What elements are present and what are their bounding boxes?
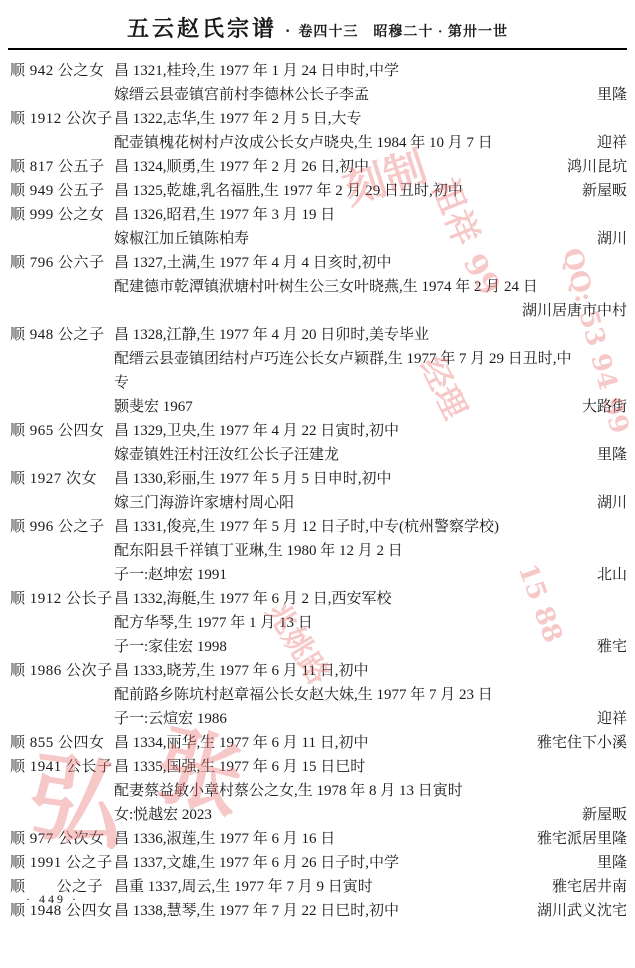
entry-location: 鸿川昆坑 bbox=[567, 155, 627, 179]
page-title: 五云赵氏宗谱 bbox=[127, 16, 277, 41]
entries-list: 顺 942 公之女昌 1321,桂玲,生 1977 年 1 月 24 日申时,中… bbox=[0, 50, 635, 923]
entry-line: 配建德市乾潭镇洑塘村叶树生公三女叶晓燕,生 1974 年 2 月 24 日 bbox=[114, 275, 627, 299]
entry-label: 顺 1912 公长子 bbox=[10, 587, 114, 611]
entry-content: 昌 1324,顺勇,生 1977 年 2 月 26 日,初中鸿川昆坑 bbox=[114, 155, 627, 179]
entry-line: 子一:赵坤宏 1991北山 bbox=[114, 563, 627, 587]
entry-text: 昌 1327,土满,生 1977 年 4 月 4 日亥时,初中 bbox=[114, 251, 392, 275]
entry-label: 顺 1991 公之子 bbox=[10, 851, 114, 875]
entry-label: 顺 1941 公长子 bbox=[10, 755, 114, 779]
entry-line: 昌 1331,俊亮,生 1977 年 5 月 12 日子时,中专(杭州警察学校) bbox=[114, 515, 627, 539]
entry-label: 顺 1927 次女 bbox=[10, 467, 114, 491]
genealogy-entry: 顺 999 公之女昌 1326,昭君,生 1977 年 3 月 19 日嫁椒江加… bbox=[10, 203, 627, 251]
entry-line: 嫁三门海游许家塘村周心阳湖川 bbox=[114, 491, 627, 515]
entry-content: 昌 1327,土满,生 1977 年 4 月 4 日亥时,初中配建德市乾潭镇洑塘… bbox=[114, 251, 627, 323]
entry-text: 昌 1326,昭君,生 1977 年 3 月 19 日 bbox=[114, 203, 335, 227]
entry-content: 昌重 1337,周云,生 1977 年 7 月 9 日寅时雅宅居井南 bbox=[114, 875, 627, 899]
genealogy-entry: 顺 1941 公长子昌 1335,国强,生 1977 年 6 月 15 日巳时配… bbox=[10, 755, 627, 827]
entry-content: 昌 1332,海艇,生 1977 年 6 月 2 日,西安军校配方华琴,生 19… bbox=[114, 587, 627, 659]
entry-text: 女:悦越宏 2023 bbox=[114, 803, 212, 827]
entry-text: 昌 1324,顺勇,生 1977 年 2 月 26 日,初中 bbox=[114, 155, 369, 179]
entry-line: 配方华琴,生 1977 年 1 月 13 日 bbox=[114, 611, 627, 635]
entry-text: 颢斐宏 1967 bbox=[114, 395, 193, 419]
entry-text: 嫁三门海游许家塘村周心阳 bbox=[114, 491, 294, 515]
entry-location: 雅宅居井南 bbox=[552, 875, 627, 899]
entry-text: 昌 1328,江静,生 1977 年 4 月 20 日卯时,美专毕业 bbox=[114, 323, 429, 347]
genealogy-entry: 顺 948 公之子昌 1328,江静,生 1977 年 4 月 20 日卯时,美… bbox=[10, 323, 627, 419]
genealogy-entry: 顺 949 公五子昌 1325,乾雄,乳名福胜,生 1977 年 2 月 29 … bbox=[10, 179, 627, 203]
entry-text: 昌 1330,彩丽,生 1977 年 5 月 5 日申时,初中 bbox=[114, 467, 392, 491]
entry-label: 顺 1986 公次子 bbox=[10, 659, 114, 683]
genealogy-entry: 顺 公之子昌重 1337,周云,生 1977 年 7 月 9 日寅时雅宅居井南 bbox=[10, 875, 627, 899]
entry-content: 昌 1334,丽华,生 1977 年 6 月 11 日,初中雅宅住下小溪 bbox=[114, 731, 627, 755]
entry-label: 顺 948 公之子 bbox=[10, 323, 114, 347]
title-separator-dot: · bbox=[285, 23, 290, 40]
page-header: 五云赵氏宗谱 · 卷四十三 昭穆二十 · 第卅一世 bbox=[0, 0, 635, 43]
entry-location: 湖川武义沈宅 bbox=[537, 899, 627, 923]
entry-line: 昌 1333,晓芳,生 1977 年 6 月 11 日,初中 bbox=[114, 659, 627, 683]
genealogy-entry: 顺 817 公五子昌 1324,顺勇,生 1977 年 2 月 26 日,初中鸿… bbox=[10, 155, 627, 179]
entry-location: 新屋畈 bbox=[582, 803, 627, 827]
entry-label: 顺 999 公之女 bbox=[10, 203, 114, 227]
genealogy-entry: 顺 1986 公次子昌 1333,晓芳,生 1977 年 6 月 11 日,初中… bbox=[10, 659, 627, 731]
entry-line: 昌 1322,志华,生 1977 年 2 月 5 日,大专 bbox=[114, 107, 627, 131]
entry-content: 昌 1337,文雄,生 1977 年 6 月 26 日子时,中学里隆 bbox=[114, 851, 627, 875]
genealogy-entry: 顺 855 公四女昌 1334,丽华,生 1977 年 6 月 11 日,初中雅… bbox=[10, 731, 627, 755]
entry-label: 顺 1912 公次子 bbox=[10, 107, 114, 131]
entry-label: 顺 817 公五子 bbox=[10, 155, 114, 179]
entry-line: 配缙云县壶镇团结村卢巧连公长女卢颖群,生 1977 年 7 月 29 日丑时,中 bbox=[114, 347, 627, 371]
entry-content: 昌 1338,慧琴,生 1977 年 7 月 22 日巳时,初中湖川武义沈宅 bbox=[114, 899, 627, 923]
entry-text: 昌 1338,慧琴,生 1977 年 7 月 22 日巳时,初中 bbox=[114, 899, 399, 923]
entry-text: 子一:云煊宏 1986 bbox=[114, 707, 227, 731]
entry-text: 昌 1321,桂玲,生 1977 年 1 月 24 日申时,中学 bbox=[114, 59, 399, 83]
page-subtitle: 卷四十三 昭穆二十 · 第卅一世 bbox=[298, 25, 508, 40]
entry-line: 昌 1328,江静,生 1977 年 4 月 20 日卯时,美专毕业 bbox=[114, 323, 627, 347]
entry-line: 嫁缙云县壶镇宫前村李德林公长子李孟里隆 bbox=[114, 83, 627, 107]
entry-text: 嫁椒江加丘镇陈柏寿 bbox=[114, 227, 249, 251]
entry-content: 昌 1333,晓芳,生 1977 年 6 月 11 日,初中配前路乡陈坑村赵章福… bbox=[114, 659, 627, 731]
entry-text: 昌 1322,志华,生 1977 年 2 月 5 日,大专 bbox=[114, 107, 362, 131]
entry-line: 昌 1324,顺勇,生 1977 年 2 月 26 日,初中鸿川昆坑 bbox=[114, 155, 627, 179]
entry-content: 昌 1329,卫央,生 1977 年 4 月 22 日寅时,初中嫁壶镇姓汪村汪汝… bbox=[114, 419, 627, 467]
entry-content: 昌 1325,乾雄,乳名福胜,生 1977 年 2 月 29 日丑时,初中新屋畈 bbox=[114, 179, 627, 203]
entry-text: 配方华琴,生 1977 年 1 月 13 日 bbox=[114, 611, 313, 635]
entry-text: 昌 1336,淑莲,生 1977 年 6 月 16 日 bbox=[114, 827, 335, 851]
entry-line: 昌 1321,桂玲,生 1977 年 1 月 24 日申时,中学 bbox=[114, 59, 627, 83]
entry-line: 专 bbox=[114, 371, 627, 395]
entry-label: 顺 855 公四女 bbox=[10, 731, 114, 755]
entry-text: 配妻蔡益敏小章村蔡公之女,生 1978 年 8 月 13 日寅时 bbox=[114, 779, 463, 803]
entry-text: 配建德市乾潭镇洑塘村叶树生公三女叶晓燕,生 1974 年 2 月 24 日 bbox=[114, 275, 538, 299]
entry-line: 子一:云煊宏 1986迎祥 bbox=[114, 707, 627, 731]
entry-text: 昌 1333,晓芳,生 1977 年 6 月 11 日,初中 bbox=[114, 659, 368, 683]
genealogy-entry: 顺 1927 次女昌 1330,彩丽,生 1977 年 5 月 5 日申时,初中… bbox=[10, 467, 627, 515]
entry-line: 昌重 1337,周云,生 1977 年 7 月 9 日寅时雅宅居井南 bbox=[114, 875, 627, 899]
genealogy-entry: 顺 996 公之子昌 1331,俊亮,生 1977 年 5 月 12 日子时,中… bbox=[10, 515, 627, 587]
entry-text: 昌 1329,卫央,生 1977 年 4 月 22 日寅时,初中 bbox=[114, 419, 399, 443]
entry-text: 子一:赵坤宏 1991 bbox=[114, 563, 227, 587]
entry-label: 顺 796 公六子 bbox=[10, 251, 114, 275]
entry-text: 专 bbox=[114, 371, 129, 395]
entry-content: 昌 1328,江静,生 1977 年 4 月 20 日卯时,美专毕业配缙云县壶镇… bbox=[114, 323, 627, 419]
entry-line: 嫁椒江加丘镇陈柏寿湖川 bbox=[114, 227, 627, 251]
entry-location: 新屋畈 bbox=[582, 179, 627, 203]
entry-line: 配妻蔡益敏小章村蔡公之女,生 1978 年 8 月 13 日寅时 bbox=[114, 779, 627, 803]
entry-label: 顺 949 公五子 bbox=[10, 179, 114, 203]
entry-content: 昌 1330,彩丽,生 1977 年 5 月 5 日申时,初中嫁三门海游许家塘村… bbox=[114, 467, 627, 515]
genealogy-entry: 顺 1912 公长子昌 1332,海艇,生 1977 年 6 月 2 日,西安军… bbox=[10, 587, 627, 659]
entry-text: 子一:家佳宏 1998 bbox=[114, 635, 227, 659]
page-number: · 449 · bbox=[26, 892, 79, 906]
entry-line: 女:悦越宏 2023新屋畈 bbox=[114, 803, 627, 827]
page-footer: · 449 · bbox=[26, 892, 79, 907]
entry-content: 昌 1321,桂玲,生 1977 年 1 月 24 日申时,中学嫁缙云县壶镇宫前… bbox=[114, 59, 627, 107]
entry-text: 昌 1337,文雄,生 1977 年 6 月 26 日子时,中学 bbox=[114, 851, 399, 875]
entry-line: 配壶镇槐花树村卢汝成公长女卢晓央,生 1984 年 10 月 7 日迎祥 bbox=[114, 131, 627, 155]
entry-location: 里隆 bbox=[597, 851, 627, 875]
entry-line: 昌 1326,昭君,生 1977 年 3 月 19 日 bbox=[114, 203, 627, 227]
genealogy-entry: 顺 796 公六子昌 1327,土满,生 1977 年 4 月 4 日亥时,初中… bbox=[10, 251, 627, 323]
entry-text: 昌 1332,海艇,生 1977 年 6 月 2 日,西安军校 bbox=[114, 587, 392, 611]
entry-text: 配壶镇槐花树村卢汝成公长女卢晓央,生 1984 年 10 月 7 日 bbox=[114, 131, 493, 155]
entry-content: 昌 1335,国强,生 1977 年 6 月 15 日巳时配妻蔡益敏小章村蔡公之… bbox=[114, 755, 627, 827]
entry-line: 昌 1335,国强,生 1977 年 6 月 15 日巳时 bbox=[114, 755, 627, 779]
genealogy-entry: 顺 965 公四女昌 1329,卫央,生 1977 年 4 月 22 日寅时,初… bbox=[10, 419, 627, 467]
entry-location: 雅宅派居里隆 bbox=[537, 827, 627, 851]
entry-text: 昌 1335,国强,生 1977 年 6 月 15 日巳时 bbox=[114, 755, 365, 779]
entry-line: 昌 1330,彩丽,生 1977 年 5 月 5 日申时,初中 bbox=[114, 467, 627, 491]
entry-label: 顺 942 公之女 bbox=[10, 59, 114, 83]
entry-text: 配东阳县千祥镇丁亚琳,生 1980 年 12 月 2 日 bbox=[114, 539, 403, 563]
entry-line: 昌 1329,卫央,生 1977 年 4 月 22 日寅时,初中 bbox=[114, 419, 627, 443]
entry-location: 里隆 bbox=[597, 83, 627, 107]
entry-content: 昌 1326,昭君,生 1977 年 3 月 19 日嫁椒江加丘镇陈柏寿湖川 bbox=[114, 203, 627, 251]
entry-location: 迎祥 bbox=[597, 707, 627, 731]
entry-line: 配东阳县千祥镇丁亚琳,生 1980 年 12 月 2 日 bbox=[114, 539, 627, 563]
entry-line: 嫁壶镇姓汪村汪汝红公长子汪建龙里隆 bbox=[114, 443, 627, 467]
entry-content: 昌 1331,俊亮,生 1977 年 5 月 12 日子时,中专(杭州警察学校)… bbox=[114, 515, 627, 587]
entry-location: 雅宅 bbox=[597, 635, 627, 659]
entry-location: 雅宅住下小溪 bbox=[537, 731, 627, 755]
entry-label: 顺 965 公四女 bbox=[10, 419, 114, 443]
entry-label: 顺 977 公次女 bbox=[10, 827, 114, 851]
entry-location: 湖川居唐市中村 bbox=[522, 299, 627, 323]
entry-line: 昌 1332,海艇,生 1977 年 6 月 2 日,西安军校 bbox=[114, 587, 627, 611]
entry-line: 昌 1325,乾雄,乳名福胜,生 1977 年 2 月 29 日丑时,初中新屋畈 bbox=[114, 179, 627, 203]
genealogy-entry: 顺 1912 公次子昌 1322,志华,生 1977 年 2 月 5 日,大专配… bbox=[10, 107, 627, 155]
entry-text: 配缙云县壶镇团结村卢巧连公长女卢颖群,生 1977 年 7 月 29 日丑时,中 bbox=[114, 347, 572, 371]
entry-location: 湖川 bbox=[597, 491, 627, 515]
entry-location: 里隆 bbox=[597, 443, 627, 467]
entry-text: 嫁壶镇姓汪村汪汝红公长子汪建龙 bbox=[114, 443, 339, 467]
entry-line: 子一:家佳宏 1998雅宅 bbox=[114, 635, 627, 659]
entry-line: 昌 1336,淑莲,生 1977 年 6 月 16 日雅宅派居里隆 bbox=[114, 827, 627, 851]
entry-line: 昌 1337,文雄,生 1977 年 6 月 26 日子时,中学里隆 bbox=[114, 851, 627, 875]
entry-text: 昌 1331,俊亮,生 1977 年 5 月 12 日子时,中专(杭州警察学校) bbox=[114, 515, 499, 539]
entry-content: 昌 1322,志华,生 1977 年 2 月 5 日,大专配壶镇槐花树村卢汝成公… bbox=[114, 107, 627, 155]
genealogy-entry: 顺 977 公次女昌 1336,淑莲,生 1977 年 6 月 16 日雅宅派居… bbox=[10, 827, 627, 851]
entry-text: 昌重 1337,周云,生 1977 年 7 月 9 日寅时 bbox=[114, 875, 373, 899]
entry-text: 嫁缙云县壶镇宫前村李德林公长子李孟 bbox=[114, 83, 369, 107]
entry-line: 昌 1338,慧琴,生 1977 年 7 月 22 日巳时,初中湖川武义沈宅 bbox=[114, 899, 627, 923]
genealogy-page: 刻制祖祥99QQ: 53 94 99经理兆姚路15 88张弘 五云赵氏宗谱 · … bbox=[0, 0, 635, 968]
entry-location: 大路街 bbox=[582, 395, 627, 419]
genealogy-entry: 顺 1948 公四女昌 1338,慧琴,生 1977 年 7 月 22 日巳时,… bbox=[10, 899, 627, 923]
entry-text: 昌 1325,乾雄,乳名福胜,生 1977 年 2 月 29 日丑时,初中 bbox=[114, 179, 463, 203]
entry-content: 昌 1336,淑莲,生 1977 年 6 月 16 日雅宅派居里隆 bbox=[114, 827, 627, 851]
entry-location: 湖川 bbox=[597, 227, 627, 251]
genealogy-entry: 顺 942 公之女昌 1321,桂玲,生 1977 年 1 月 24 日申时,中… bbox=[10, 59, 627, 107]
entry-line: 昌 1327,土满,生 1977 年 4 月 4 日亥时,初中 bbox=[114, 251, 627, 275]
entry-location: 迎祥 bbox=[597, 131, 627, 155]
entry-location: 北山 bbox=[597, 563, 627, 587]
entry-line: 昌 1334,丽华,生 1977 年 6 月 11 日,初中雅宅住下小溪 bbox=[114, 731, 627, 755]
entry-text: 昌 1334,丽华,生 1977 年 6 月 11 日,初中 bbox=[114, 731, 368, 755]
entry-line: 湖川居唐市中村 bbox=[114, 299, 627, 323]
genealogy-entry: 顺 1991 公之子昌 1337,文雄,生 1977 年 6 月 26 日子时,… bbox=[10, 851, 627, 875]
entry-line: 配前路乡陈坑村赵章福公长女赵大妹,生 1977 年 7 月 23 日 bbox=[114, 683, 627, 707]
entry-line: 颢斐宏 1967大路街 bbox=[114, 395, 627, 419]
entry-label: 顺 996 公之子 bbox=[10, 515, 114, 539]
entry-text: 配前路乡陈坑村赵章福公长女赵大妹,生 1977 年 7 月 23 日 bbox=[114, 683, 493, 707]
